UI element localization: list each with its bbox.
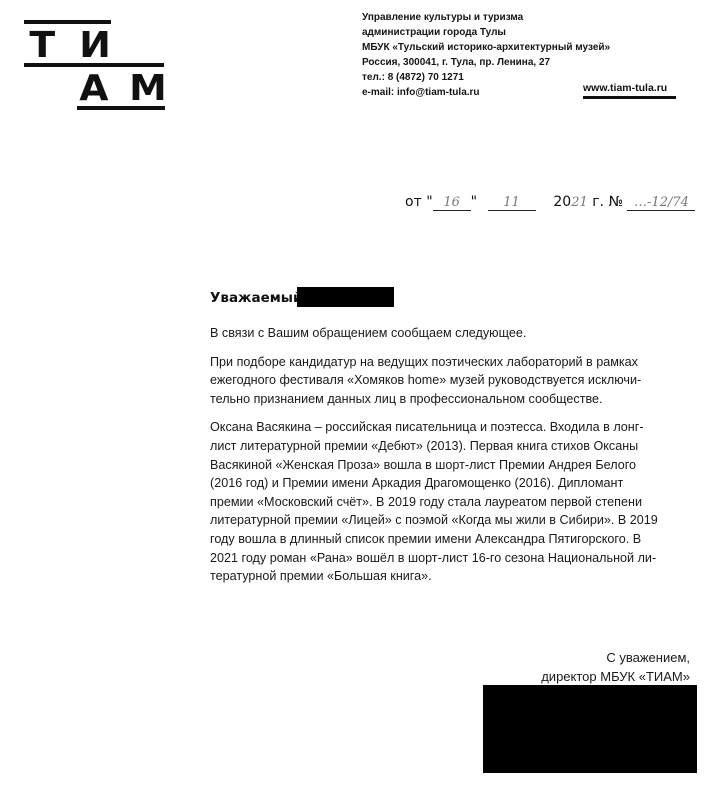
header-line: МБУК «Тульский историко-архитектурный му… — [362, 40, 610, 55]
text-line: ежегодного фестиваля «Хомяков home» музе… — [210, 371, 700, 390]
signature-block: С уважением, директор МБУК «ТИАМ» — [541, 648, 690, 686]
date-number-line: от "16" 11 2021 г. № …-12/74 — [405, 194, 695, 211]
year-label: г. — [592, 194, 604, 210]
logo-letter: М — [129, 71, 167, 107]
letter-body: В связи с Вашим обращением сообщаем след… — [210, 324, 700, 596]
signatory-title: директор МБУК «ТИАМ» — [541, 667, 690, 686]
logo-bar — [24, 63, 164, 67]
text-line: В связи с Вашим обращением сообщаем след… — [210, 324, 700, 343]
date-prefix: от — [405, 194, 422, 210]
paragraph-intro: В связи с Вашим обращением сообщаем след… — [210, 324, 700, 343]
quote: " — [471, 194, 477, 210]
date-day-field: 16 — [433, 195, 471, 211]
header-line: Управление культуры и туризма — [362, 10, 610, 25]
text-line: Оксана Васякина – российская писательниц… — [210, 418, 700, 437]
text-line: 2021 году роман «Рана» вошёл в шорт-лист… — [210, 549, 700, 568]
redacted-signature — [483, 685, 697, 773]
text-line: премии «Московский счёт». В 2019 году ст… — [210, 493, 700, 512]
text-line: (2016 год) и Премии имени Аркадия Драгом… — [210, 474, 700, 493]
text-line: тельно признанием данных лиц в профессио… — [210, 390, 700, 409]
logo-letter: Т — [29, 28, 55, 64]
year-handwritten: 21 — [571, 195, 588, 210]
text-line: лист литературной премии «Дебют» (2013).… — [210, 437, 700, 456]
redacted-recipient-name — [297, 287, 394, 307]
header-line: администрации города Тулы — [362, 25, 610, 40]
salutation: Уважаемый — [210, 290, 302, 306]
header-line: тел.: 8 (4872) 70 1271 — [362, 70, 610, 85]
paragraph-biography: Оксана Васякина – российская писательниц… — [210, 418, 700, 585]
organization-header: Управление культуры и туризма администра… — [362, 10, 610, 100]
logo-bar — [77, 106, 165, 110]
document-number-field: …-12/74 — [627, 195, 695, 211]
text-line: Васякиной «Женская Проза» вошла в шорт-л… — [210, 456, 700, 475]
closing: С уважением, — [541, 648, 690, 667]
paragraph-selection: При подборе кандидатур на ведущих поэтич… — [210, 353, 700, 409]
text-line: При подборе кандидатур на ведущих поэтич… — [210, 353, 700, 372]
text-line: тературной премии «Большая книга». — [210, 567, 700, 586]
logo-bar — [24, 20, 111, 24]
text-line: литературной премии «Лицей» с поэмой «Ко… — [210, 511, 700, 530]
website-underline — [583, 96, 676, 99]
logo-letter: А — [79, 71, 108, 107]
logo-letter: И — [79, 28, 111, 64]
tiam-logo: Т И А М — [22, 18, 172, 110]
number-label: № — [608, 194, 623, 210]
website-link[interactable]: www.tiam-tula.ru — [583, 82, 667, 94]
date-month-field: 11 — [488, 195, 536, 211]
header-line: Россия, 300041, г. Тула, пр. Ленина, 27 — [362, 55, 610, 70]
header-email[interactable]: e-mail: info@tiam-tula.ru — [362, 85, 610, 100]
year-prefix: 20 — [553, 194, 571, 210]
text-line: году вошла в длинный список премии имени… — [210, 530, 700, 549]
